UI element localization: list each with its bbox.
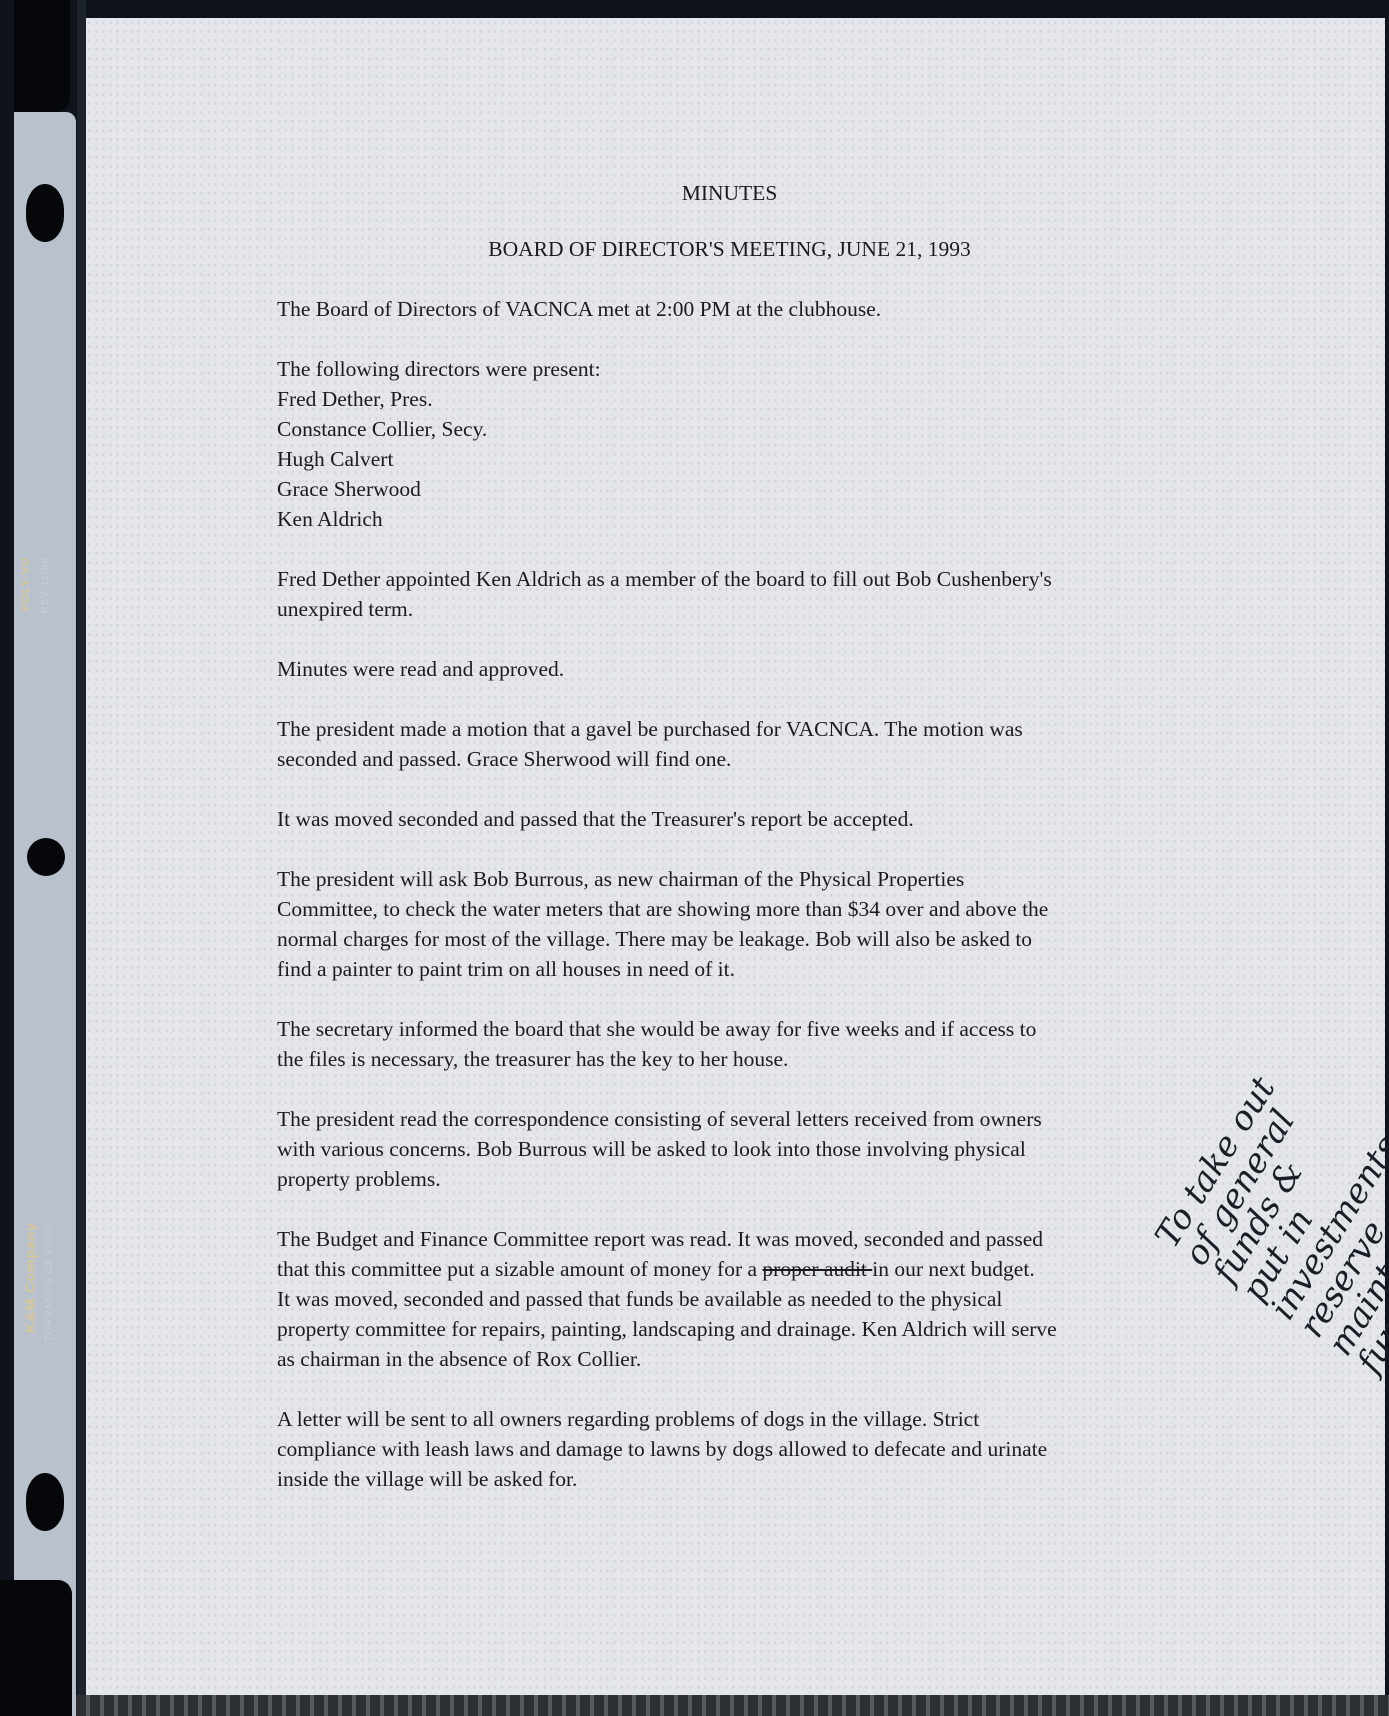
text-line: inside the village will be asked for. (277, 1464, 1197, 1494)
binder-clip-shadow (14, 0, 70, 112)
text-line: The secretary informed the board that sh… (277, 1014, 1197, 1044)
paragraph-secretary-away: The secretary informed the board that sh… (277, 1014, 1197, 1074)
text-line: It was moved seconded and passed that th… (277, 804, 1197, 834)
strip-label-brand: K&M Company (22, 1222, 38, 1333)
director-name: Grace Sherwood (277, 474, 1197, 504)
attendance-intro: The following directors were present: (277, 354, 1197, 384)
minutes-document: MINUTES BOARD OF DIRECTOR'S MEETING, JUN… (277, 178, 1197, 1494)
strip-label-revision: REV-11/96 (40, 557, 51, 614)
binder-hole-top-icon (26, 184, 64, 242)
document-title: MINUTES (277, 178, 1182, 208)
text-line: the files is necessary, the treasurer ha… (277, 1044, 1197, 1074)
binder-hole-middle-icon (27, 838, 65, 876)
text-line: Fred Dether appointed Ken Aldrich as a m… (277, 564, 1197, 594)
text-line: The president made a motion that a gavel… (277, 714, 1197, 744)
protector-bottom-seam (76, 1695, 1389, 1716)
text-line: The president will ask Bob Burrous, as n… (277, 864, 1197, 894)
opening-statement: The Board of Directors of VACNCA met at … (277, 294, 1197, 324)
protector-seam (77, 0, 86, 1716)
director-name: Hugh Calvert (277, 444, 1197, 474)
paragraph-treasurer-report: It was moved seconded and passed that th… (277, 804, 1197, 834)
text-segment: that this committee put a sizable amount… (277, 1257, 762, 1281)
text-line: compliance with leash laws and damage to… (277, 1434, 1197, 1464)
text-line: property committee for repairs, painting… (277, 1314, 1197, 1344)
text-line: The president read the correspondence co… (277, 1104, 1197, 1134)
text-line-with-strikethrough: that this committee put a sizable amount… (277, 1254, 1197, 1284)
strip-label-location: TORRANCE CA 90501 (44, 1222, 55, 1342)
struck-text: proper audit (762, 1257, 872, 1281)
paragraph-budget-finance: The Budget and Finance Committee report … (277, 1224, 1197, 1374)
paragraph-gavel: The president made a motion that a gavel… (277, 714, 1197, 774)
strip-label-product: POLY-VU (20, 557, 32, 611)
director-name: Fred Dether, Pres. (277, 384, 1197, 414)
paragraph-correspondence: The president read the correspondence co… (277, 1104, 1197, 1194)
text-line: normal charges for most of the village. … (277, 924, 1197, 954)
text-line: Minutes were read and approved. (277, 654, 1197, 684)
text-line: property problems. (277, 1164, 1197, 1194)
text-line: with various concerns. Bob Burrous will … (277, 1134, 1197, 1164)
text-line: The Budget and Finance Committee report … (277, 1224, 1197, 1254)
text-segment: in our next budget. (872, 1257, 1034, 1281)
text-line: as chairman in the absence of Rox Collie… (277, 1344, 1197, 1374)
text-line: unexpired term. (277, 594, 1197, 624)
attendance-section: The following directors were present: Fr… (277, 354, 1197, 534)
text-line: It was moved, seconded and passed that f… (277, 1284, 1197, 1314)
paragraph-appointment: Fred Dether appointed Ken Aldrich as a m… (277, 564, 1197, 624)
text-line: Committee, to check the water meters tha… (277, 894, 1197, 924)
document-subtitle: BOARD OF DIRECTOR'S MEETING, JUNE 21, 19… (277, 234, 1182, 264)
director-name: Ken Aldrich (277, 504, 1197, 534)
paragraph-water-meters: The president will ask Bob Burrous, as n… (277, 864, 1197, 984)
binder-hole-bottom-icon (26, 1473, 64, 1531)
text-line: A letter will be sent to all owners rega… (277, 1404, 1197, 1434)
paragraph-minutes-approved: Minutes were read and approved. (277, 654, 1197, 684)
binder-clip-shadow-lower (0, 1580, 72, 1716)
text-line: seconded and passed. Grace Sherwood will… (277, 744, 1197, 774)
paragraph-dogs-letter: A letter will be sent to all owners rega… (277, 1404, 1197, 1494)
text-line: find a painter to paint trim on all hous… (277, 954, 1197, 984)
director-name: Constance Collier, Secy. (277, 414, 1197, 444)
